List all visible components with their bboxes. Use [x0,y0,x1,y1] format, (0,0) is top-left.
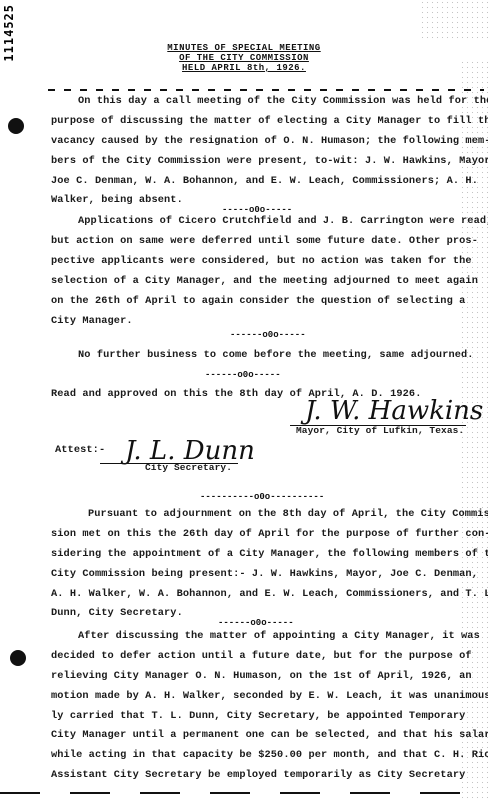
mayor-signature: J. W. Hawkins [305,396,483,426]
p4-line-2: sion met on this the 26th day of April f… [51,528,488,540]
p5-line-2: decided to defer action until a future d… [51,650,472,662]
p2-line-3: pective applicants were considered, but … [51,255,472,267]
p4-line-3: sidering the appointment of a City Manag… [51,548,488,560]
p1-line-5: Joe C. Denman, W. A. Bohannon, and E. W.… [51,175,478,187]
separator-4: ----------o0o---------- [200,492,324,502]
p1-line-2: purpose of discussing the matter of elec… [51,115,488,127]
heading-line-2: OF THE CITY COMMISSION [0,53,488,63]
p1-line-6: Walker, being absent. [51,194,183,206]
p2-line-2: but action on same were deferred until s… [51,235,478,247]
p5-line-6: City Manager until a permanent one can b… [51,729,488,741]
p5-line-4: motion made by A. H. Walker, seconded by… [51,690,488,702]
bottom-edge-artifact [0,792,488,794]
p3-closing: No further business to come before the m… [78,349,474,361]
separator-1: -----o0o----- [222,205,292,215]
p1-line-1: On this day a call meeting of the City C… [78,95,488,107]
p5-line-7: while acting in that capacity be $250.00… [51,749,488,761]
punch-hole-top [8,118,24,134]
p1-line-3: vacancy caused by the resignation of O. … [51,135,488,147]
scanned-document-page: 1114525 MINUTES OF SPECIAL MEETING OF TH… [0,0,488,800]
p4-line-1: Pursuant to adjournment on the 8th day o… [88,508,488,520]
p4-line-6: Dunn, City Secretary. [51,607,183,619]
p5-line-8: Assistant City Secretary be employed tem… [51,769,465,781]
dashed-divider [48,89,484,91]
mayor-title: Mayor, City of Lufkin, Texas. [296,425,464,436]
separator-2: ------o0o----- [230,330,306,340]
p5-line-3: relieving City Manager O. N. Humason, on… [51,670,472,682]
p2-line-4: selection of a City Manager, and the mee… [51,275,478,287]
p5-line-5: ly carried that T. L. Dunn, City Secreta… [51,710,465,722]
p4-line-4: City Commission being present:- J. W. Ha… [51,568,478,580]
heading-line-1: MINUTES OF SPECIAL MEETING [0,43,488,53]
p2-line-6: City Manager. [51,315,133,327]
secretary-title: City Secretary. [145,462,232,473]
scan-noise [420,0,488,40]
separator-3: ------o0o----- [205,370,281,380]
attest-label: Attest:- [55,444,105,456]
p4-line-5: A. H. Walker, W. A. Bohannon, and E. W. … [51,588,488,600]
separator-5: ------o0o----- [218,618,294,628]
p2-line-5: on the 26th of April to again consider t… [51,295,465,307]
heading-line-3: HELD APRIL 8th, 1926. [0,63,488,73]
punch-hole-bottom [10,650,26,666]
p1-line-4: bers of the City Commission were present… [51,155,488,167]
p5-line-1: After discussing the matter of appointin… [78,630,480,642]
p2-line-1: Applications of Cicero Crutchfield and J… [78,215,488,227]
